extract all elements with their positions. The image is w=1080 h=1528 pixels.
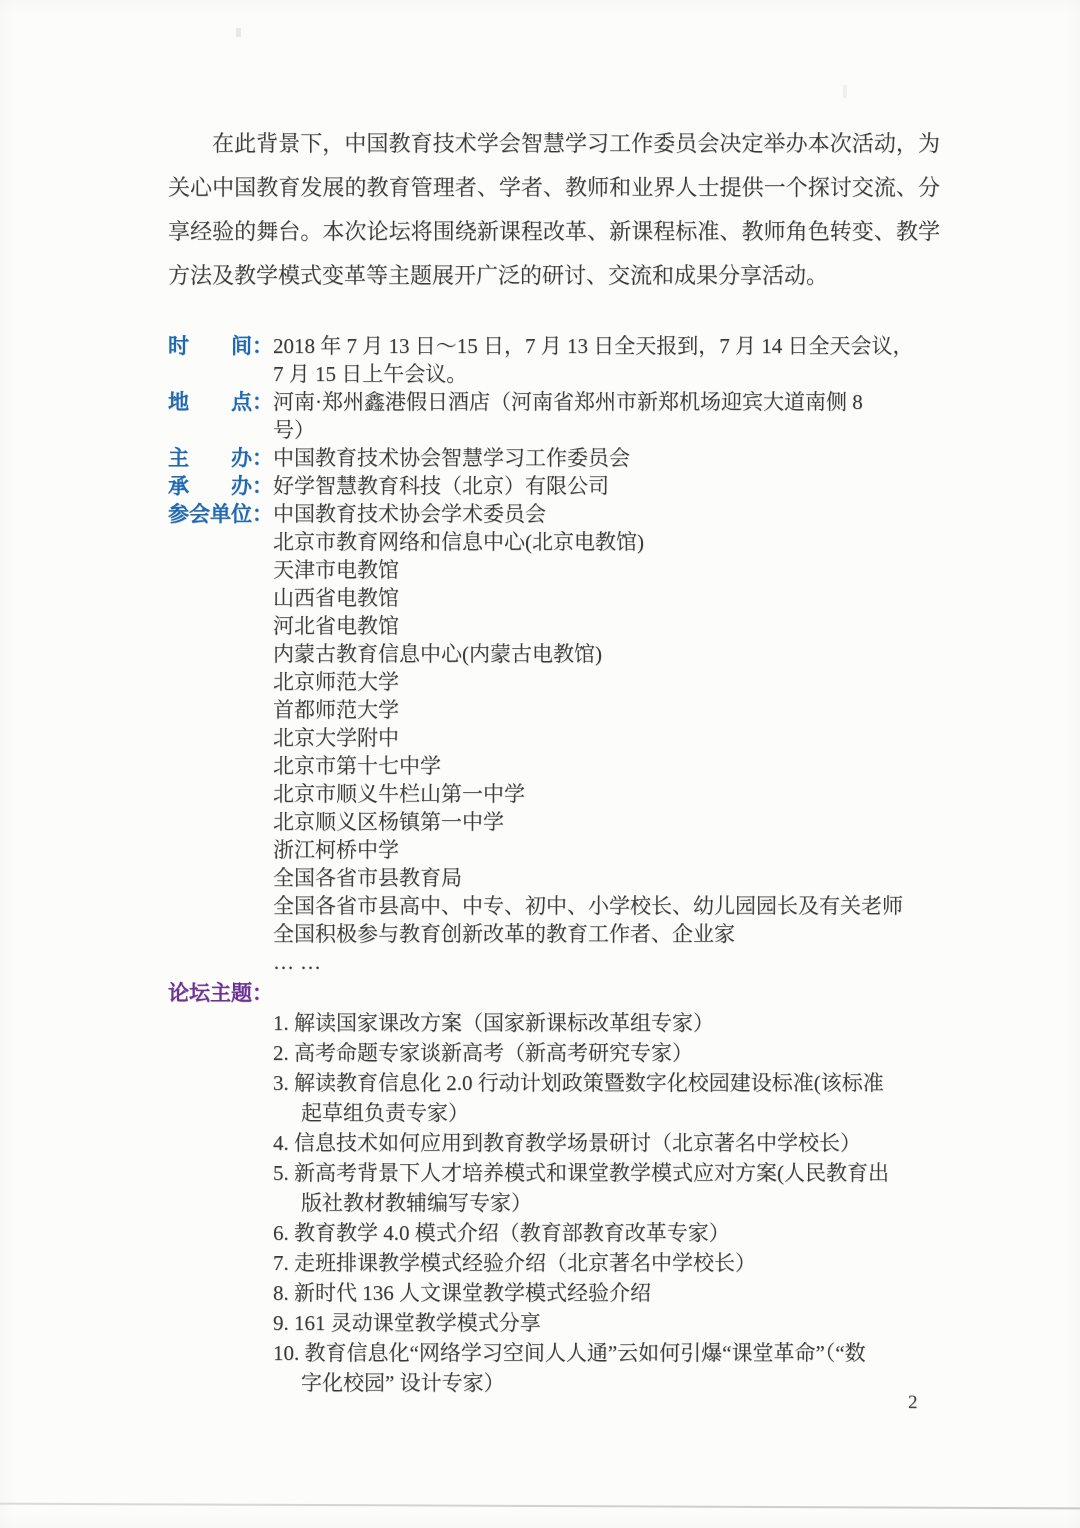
forum-topics-list: 1. 解读国家课改方案（国家新课标改革组专家） 2. 高考命题专家谈新高考（新高…: [168, 1008, 940, 1398]
schedule-value: 2018 年 7 月 13 日～15 日，7 月 13 日全天报到，7 月 14…: [273, 332, 940, 388]
participant-item-ellipsis: ……: [273, 948, 940, 976]
detail-row-venue: 地 点： 河南·郑州鑫港假日酒店（河南省郑州市新郑机场迎宾大道南侧 8 号）: [168, 388, 940, 444]
detail-row-schedule: 时 间： 2018 年 7 月 13 日～15 日，7 月 13 日全天报到，7…: [168, 332, 940, 388]
schedule-label: 时 间：: [168, 332, 273, 360]
scan-edge-artifact: [0, 1503, 1080, 1510]
forum-topic: 10. 教育信息化“网络学习空间人人通”云如何引爆“课堂革命”（“数 字化校园”…: [273, 1338, 940, 1398]
forum-topic: 9. 161 灵动课堂教学模式分享: [273, 1308, 940, 1338]
forum-topics-heading: 论坛主题：: [168, 978, 940, 1008]
detail-row-organizer: 承 办： 好学智慧教育科技（北京）有限公司: [168, 472, 940, 500]
participant-item: 北京市教育网络和信息中心(北京电教馆): [273, 528, 940, 556]
forum-topic: 7. 走班排课教学模式经验介绍（北京著名中学校长）: [273, 1248, 940, 1278]
forum-topic: 8. 新时代 136 人文课堂教学模式经验介绍: [273, 1278, 940, 1308]
participant-item: 全国各省市县高中、中专、初中、小学校长、幼儿园园长及有关老师: [273, 892, 940, 920]
participant-item: 内蒙古教育信息中心(内蒙古电教馆): [273, 640, 940, 668]
detail-row-host: 主 办： 中国教育技术协会智慧学习工作委员会: [168, 444, 940, 472]
host-label: 主 办：: [168, 444, 273, 472]
participant-item: 河北省电教馆: [273, 612, 940, 640]
participant-item: 浙江柯桥中学: [273, 836, 940, 864]
organizer-label: 承 办：: [168, 472, 273, 500]
forum-topic: 6. 教育教学 4.0 模式介绍（教育部教育改革专家）: [273, 1218, 940, 1248]
participant-item: 中国教育技术协会学术委员会: [273, 500, 940, 528]
participants-label: 参会单位：: [168, 500, 273, 528]
page-number: 2: [908, 1392, 918, 1414]
participant-item: 山西省电教馆: [273, 584, 940, 612]
participant-item: 首都师范大学: [273, 696, 940, 724]
organizer-value: 好学智慧教育科技（北京）有限公司: [273, 472, 940, 500]
participants-list: 中国教育技术协会学术委员会 北京市教育网络和信息中心(北京电教馆) 天津市电教馆…: [273, 500, 940, 976]
participant-item: 北京大学附中: [273, 724, 940, 752]
participant-item: 北京市第十七中学: [273, 752, 940, 780]
forum-topic: 5. 新高考背景下人才培养模式和课堂教学模式应对方案(人民教育出 版社教材教辅编…: [273, 1158, 940, 1218]
host-value: 中国教育技术协会智慧学习工作委员会: [273, 444, 940, 472]
venue-value: 河南·郑州鑫港假日酒店（河南省郑州市新郑机场迎宾大道南侧 8 号）: [273, 388, 940, 444]
participant-item: 北京师范大学: [273, 668, 940, 696]
event-details: 时 间： 2018 年 7 月 13 日～15 日，7 月 13 日全天报到，7…: [168, 332, 940, 976]
forum-topic: 4. 信息技术如何应用到教育教学场景研讨（北京著名中学校长）: [273, 1128, 940, 1158]
forum-topic: 3. 解读教育信息化 2.0 行动计划政策暨数字化校园建设标准(该标准 起草组负…: [273, 1068, 940, 1128]
forum-topic: 1. 解读国家课改方案（国家新课标改革组专家）: [273, 1008, 940, 1038]
participant-item: 北京顺义区杨镇第一中学: [273, 808, 940, 836]
participant-item: 天津市电教馆: [273, 556, 940, 584]
forum-section: 论坛主题： 1. 解读国家课改方案（国家新课标改革组专家） 2. 高考命题专家谈…: [168, 978, 940, 1398]
participant-item: 北京市顺义牛栏山第一中学: [273, 780, 940, 808]
venue-label: 地 点：: [168, 388, 273, 416]
intro-paragraph: 在此背景下，中国教育技术学会智慧学习工作委员会决定举办本次活动，为关心中国教育发…: [168, 122, 940, 298]
participant-item: 全国积极参与教育创新改革的教育工作者、企业家: [273, 920, 940, 948]
participant-item: 全国各省市县教育局: [273, 864, 940, 892]
forum-topic: 2. 高考命题专家谈新高考（新高考研究专家）: [273, 1038, 940, 1068]
document-page: 在此背景下，中国教育技术学会智慧学习工作委员会决定举办本次活动，为关心中国教育发…: [0, 0, 1080, 1528]
scan-speck: [843, 85, 847, 98]
scan-speck: [236, 28, 241, 37]
detail-row-participants: 参会单位： 中国教育技术协会学术委员会 北京市教育网络和信息中心(北京电教馆) …: [168, 500, 940, 976]
